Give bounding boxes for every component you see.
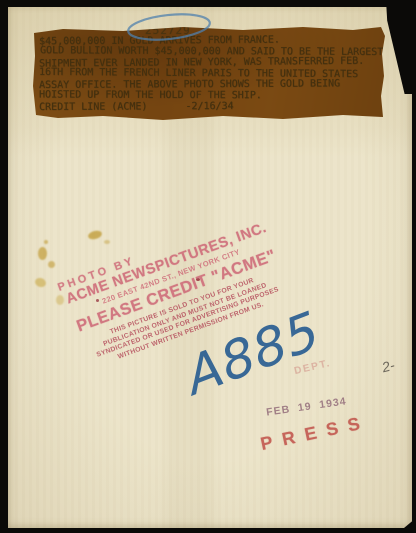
typed-date: -2/16/34 bbox=[185, 101, 233, 112]
press-photo-verso: 252729 $45,000,000 IN GOLD ARRIVES FROM … bbox=[0, 0, 416, 533]
stain-blob bbox=[44, 240, 48, 244]
credit-line: CREDIT LINE (ACME) bbox=[39, 101, 147, 113]
stain-blob bbox=[48, 261, 55, 268]
caption-text: $45,000,000 IN GOLD ARRIVES FROM FRANCE.… bbox=[39, 35, 383, 112]
stain-blob bbox=[38, 247, 47, 260]
pen-circle-mark bbox=[124, 8, 216, 46]
stain-blob bbox=[104, 240, 110, 244]
